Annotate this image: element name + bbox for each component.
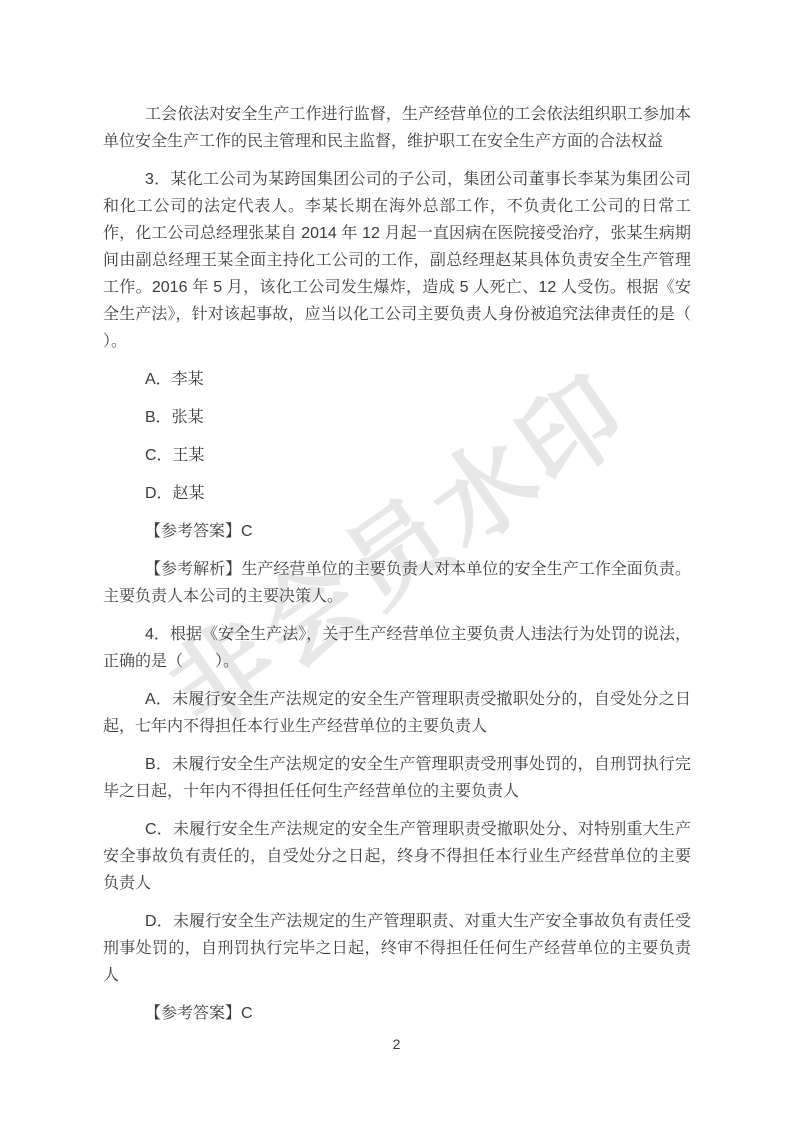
union-supervision-paragraph: 工会依法对安全生产工作进行监督，生产经营单位的工会依法组织职工参加本单位安全生产…: [103, 101, 691, 155]
question-4-answer: 【参考答案】C: [103, 1000, 691, 1027]
question-3-answer: 【参考答案】C: [103, 518, 691, 545]
question-4-option-d: D．未履行安全生产法规定的生产管理职责、对重大生产安全事故负有责任受刑事处罚的，…: [103, 908, 691, 989]
question-3-option-d: D．赵某: [103, 480, 691, 507]
question-4-stem: 4．根据《安全生产法》，关于生产经营单位主要负责人违法行为处罚的说法，正确的是（…: [103, 621, 691, 675]
question-3-option-a: A．李某: [103, 366, 691, 393]
document-content: 工会依法对安全生产工作进行监督，生产经营单位的工会依法组织职工参加本单位安全生产…: [103, 90, 691, 1038]
question-3-option-c: C．王某: [103, 442, 691, 469]
question-3-option-b: B．张某: [103, 404, 691, 431]
question-3-stem: 3．某化工公司为某跨国集团公司的子公司，集团公司董事长李某为集团公司和化工公司的…: [103, 166, 691, 355]
question-4-option-a: A．未履行安全生产法规定的安全生产管理职责受撤职处分的，自受处分之日起，七年内不…: [103, 686, 691, 740]
document-page: 非会员水印 工会依法对安全生产工作进行监督，生产经营单位的工会依法组织职工参加本…: [0, 0, 793, 1122]
question-3-analysis: 【参考解析】生产经营单位的主要负责人对本单位的安全生产工作全面负责。主要负责人本…: [103, 556, 691, 610]
page-number: 2: [0, 1036, 793, 1052]
question-4-option-c: C．未履行安全生产法规定的安全生产管理职责受撤职处分、对特别重大生产安全事故负有…: [103, 816, 691, 897]
question-4-option-b: B．未履行安全生产法规定的安全生产管理职责受刑事处罚的，自刑罚执行完毕之日起，十…: [103, 751, 691, 805]
